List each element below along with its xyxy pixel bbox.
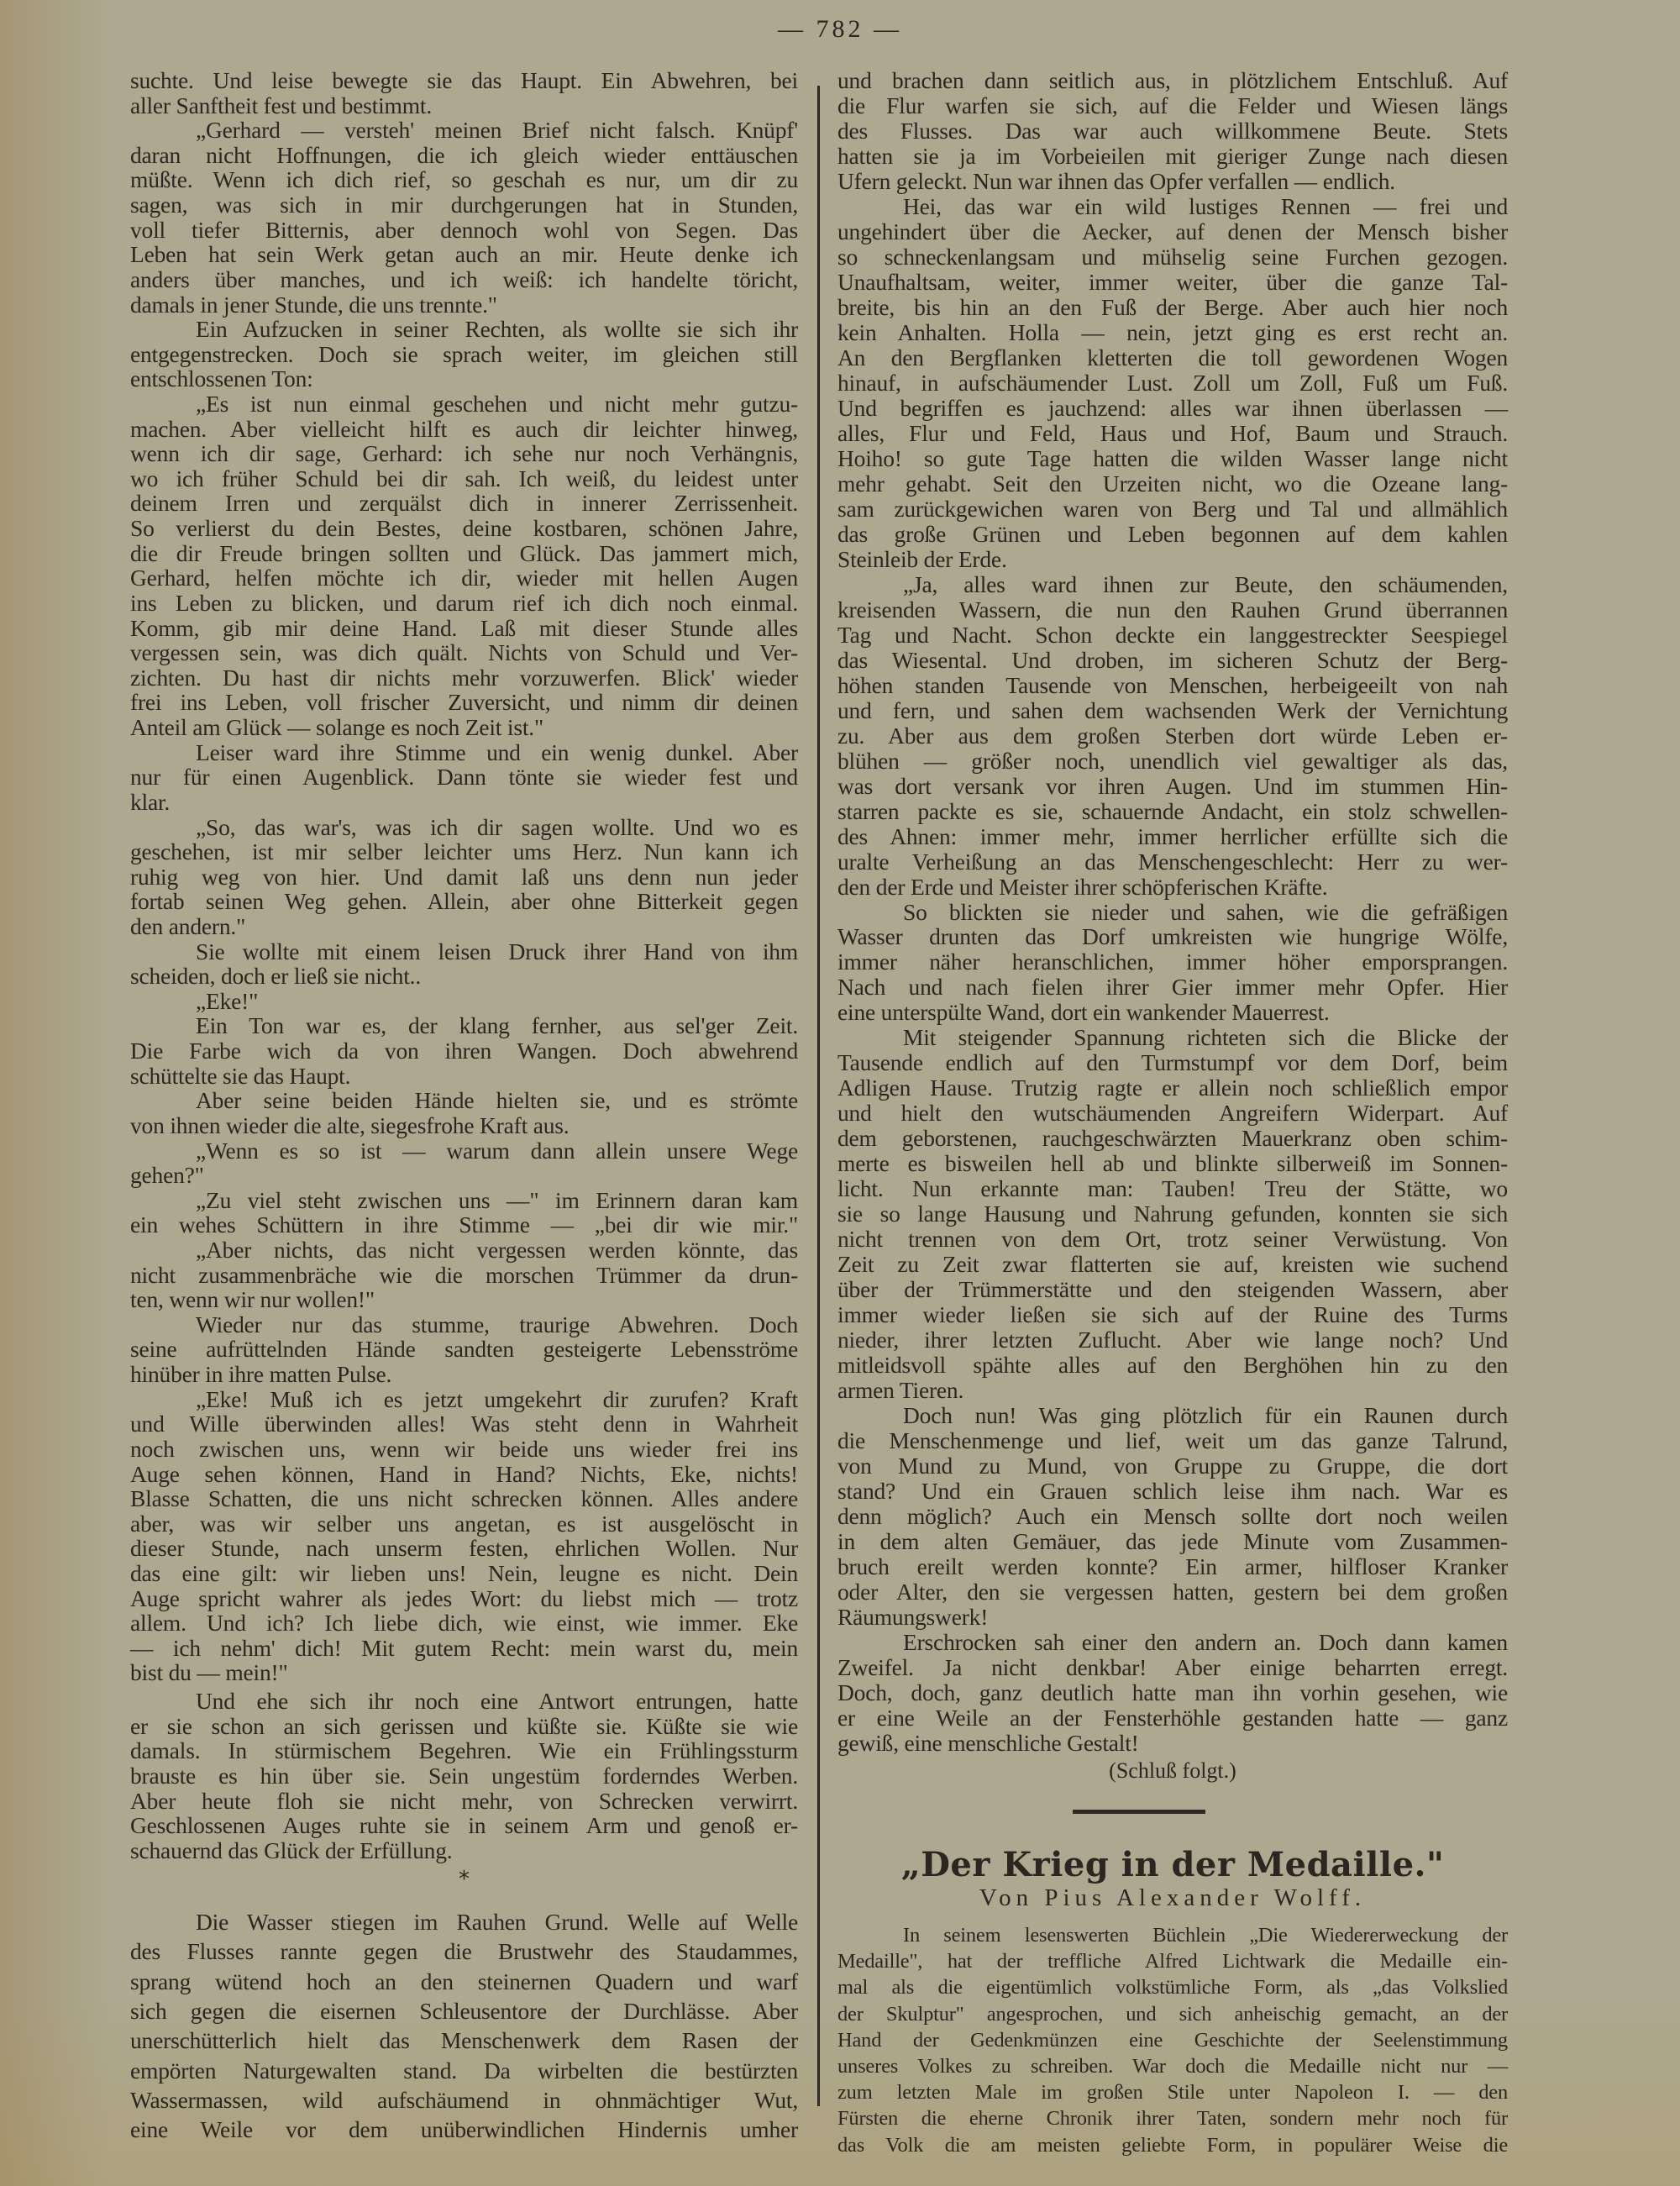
text-line: mal als die eigentümlich volkstümliche F… [837, 1974, 1508, 2000]
text-line: der Skulptur" angesprochen, und sich anh… [837, 2001, 1508, 2027]
column-divider [817, 86, 820, 2106]
text-line: Medaille", hat der treffliche Alfred Lic… [837, 1948, 1508, 1974]
text-line: bist du — mein!" [130, 1658, 798, 1688]
text-line: empörten Naturgewalten stand. Da wirbelt… [130, 2056, 798, 2086]
text-line: Fürsten die eherne Chronik ihrer Taten, … [837, 2105, 1508, 2131]
section-break-asterisk: * [130, 1867, 798, 1892]
text-line: eine Weile vor dem unüberwindlichen Hind… [130, 2115, 798, 2145]
article-byline: Von Pius Alexander Wolff. [837, 1884, 1508, 1912]
text-line: Die Wasser stiegen im Rauhen Grund. Well… [130, 1907, 798, 1937]
text-line: Wassermassen, wild aufschäumend in ohnmä… [130, 2085, 798, 2115]
text-line: unseres Volkes zu schreiben. War doch di… [837, 2053, 1508, 2079]
text-line: zum letzten Male im großen Stile unter N… [837, 2079, 1508, 2105]
page-number: — 782 — [0, 15, 1680, 44]
text-line: Hand der Gedenkmünzen eine Geschichte de… [837, 2027, 1508, 2053]
text-line: gewiß, eine menschliche Gestalt! [837, 1728, 1508, 1758]
text-line: sich gegen die eisernen Schleusentore de… [130, 1996, 798, 2026]
article-separator-rule [1073, 1810, 1205, 1814]
text-line: unerschütterlich hielt das Menschenwerk … [130, 2026, 798, 2056]
continued-note: (Schluß folgt.) [837, 1758, 1508, 1784]
text-line: des Flusses rannte gegen die Brustwehr d… [130, 1936, 798, 1967]
text-line: schauernd das Glück der Erfüllung. [130, 1836, 798, 1866]
article-headline: „Der Krieg in der Medaille." [837, 1845, 1508, 1884]
text-line: das Volk die am meisten geliebte Form, i… [837, 2132, 1508, 2158]
newspaper-page: — 782 — suchte. Und leise bewegte sie da… [0, 0, 1680, 2186]
text-line: In seinem lesenswerten Büchlein „Die Wie… [837, 1922, 1508, 1948]
text-line: sprang wütend hoch an den steinernen Qua… [130, 1967, 798, 1997]
